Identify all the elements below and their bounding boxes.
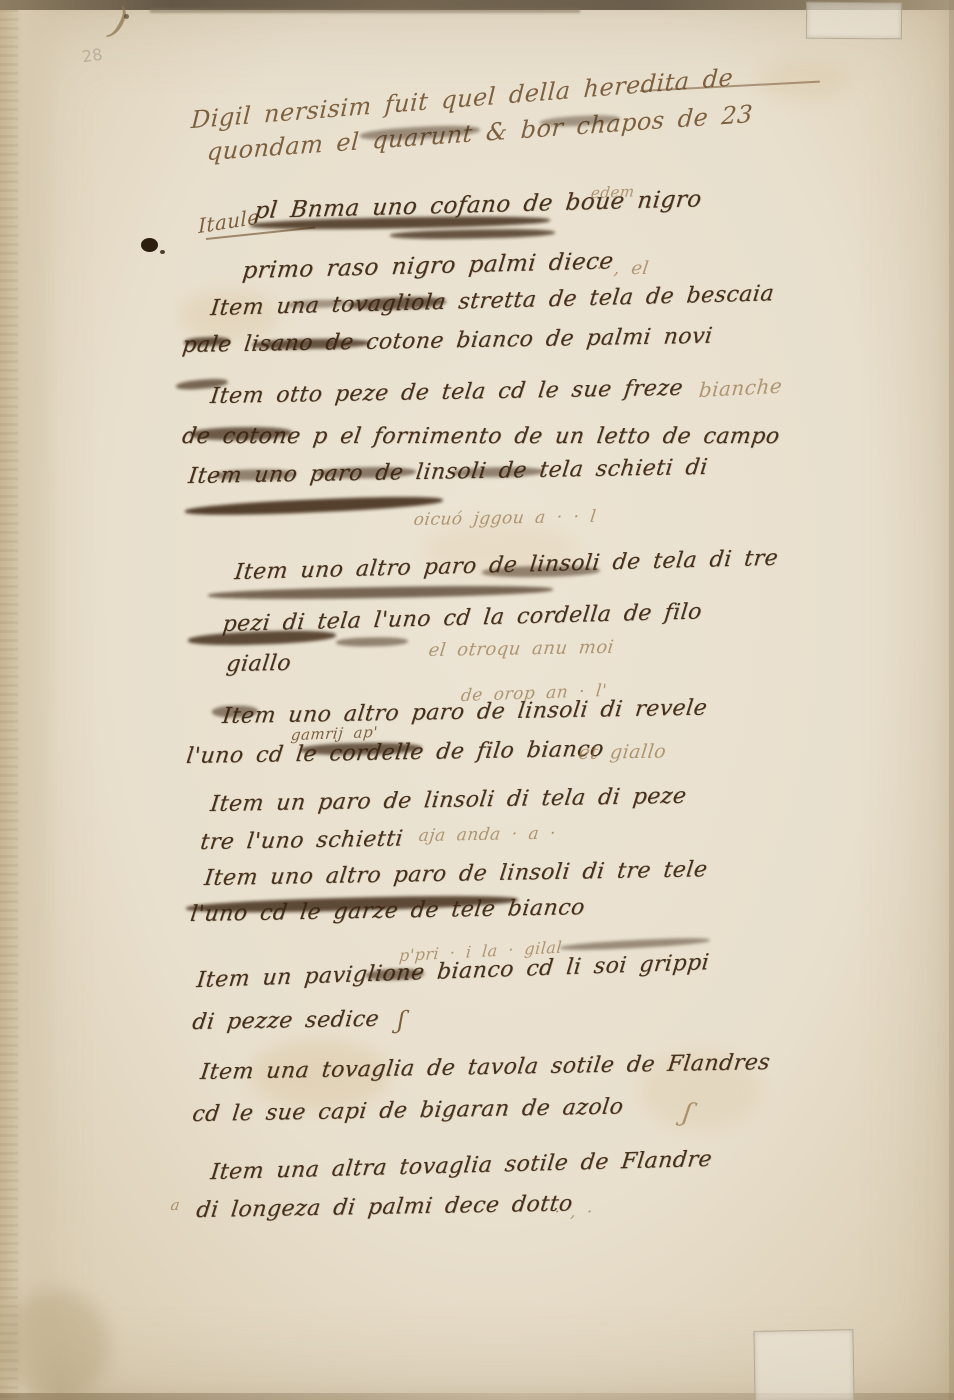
item4-struck-line <box>185 494 443 518</box>
item11-marginal: a <box>169 1196 181 1214</box>
item1-tail: · , el <box>595 258 650 279</box>
item11-line1: Item una altra tovaglia sotile de Flandr… <box>209 1147 713 1185</box>
item10-line2: cd le sue capi de bigaran de azolo <box>191 1094 625 1127</box>
binding-fibers <box>0 0 18 1400</box>
item6-line2-tail: et giallo <box>577 740 667 764</box>
item9-line2: di pezze sedice <box>191 1007 381 1035</box>
item8-line1: Item uno altro paro de linsoli di tre te… <box>203 857 709 891</box>
item5-struck-line-2b <box>336 637 408 647</box>
item11-tail: · , · <box>553 1202 594 1221</box>
tape-repair-top-right <box>806 2 902 40</box>
manuscript-page: ) 28 Digil nersisim fuit quel della here… <box>0 0 954 1400</box>
item7-line1: Item un paro de linsoli di tela di peze <box>209 784 688 817</box>
item9-interline-smudge <box>560 936 710 952</box>
item1-strike-b <box>390 228 555 240</box>
item3-line1-tail: bianche <box>698 374 783 403</box>
item5-tail-faint: el otroqu anu moi <box>427 637 615 661</box>
item5-overwrite <box>482 565 600 578</box>
item7-line2: tre l'uno schietti <box>199 826 405 855</box>
page-top-edge-shadow <box>150 8 580 13</box>
item9-mark: ʃ <box>396 1006 407 1034</box>
page-right-edge <box>949 0 954 1400</box>
pencil-folio-number: 28 <box>81 45 104 67</box>
item1-line2: primo raso nigro palmi diece <box>241 248 615 284</box>
item3-line1: Item otto peze de tela cd le sue freze <box>209 376 685 409</box>
corner-shading <box>0 1290 110 1400</box>
fold-mark-dot <box>124 14 129 19</box>
item5-line3: giallo <box>225 651 293 677</box>
tape-repair-bottom-right <box>753 1329 854 1400</box>
item11-line2: di longeza di palmi dece dotto <box>195 1191 574 1223</box>
item5-struck-line-2 <box>188 629 336 647</box>
item6-line1: Item uno altro paro de linsoli di revele <box>221 696 709 730</box>
ink-speck <box>160 250 165 254</box>
ink-blot <box>141 238 158 252</box>
stain <box>760 60 850 100</box>
item1-interline: edem <box>590 182 635 202</box>
item4-tail-faint: oicuó jggou a · · l <box>413 507 598 530</box>
item5-struck-line-1 <box>208 584 553 601</box>
item7-tail-faint: aja anda · a · <box>418 824 558 846</box>
